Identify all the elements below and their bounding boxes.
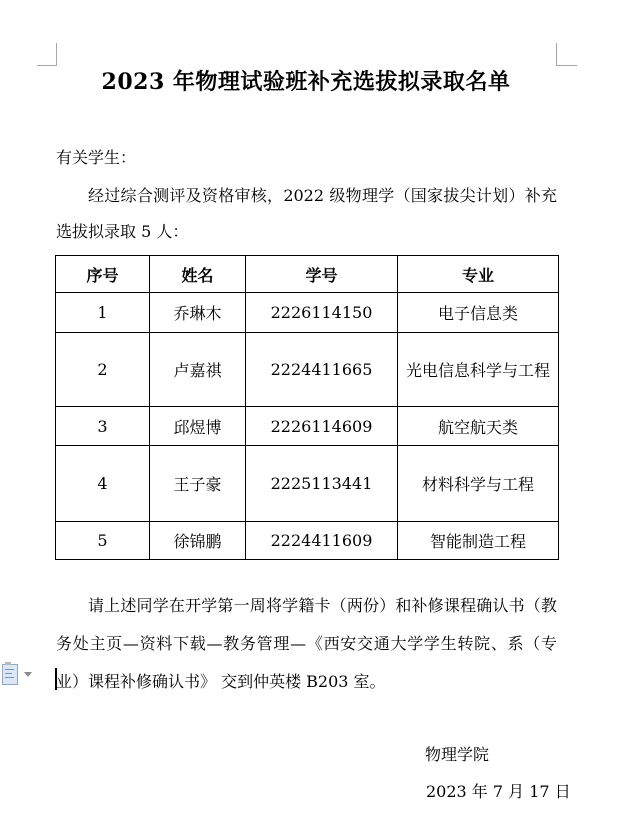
notice-paragraph-line-3: 业）课程补修确认书》 交到仲英楼 B203 室。	[56, 670, 557, 693]
cell-student-id: 2226114609	[246, 407, 398, 446]
table-header-row: 序号 姓名 学号 专业	[56, 256, 559, 293]
notice-paragraph-line-1: 请上述同学在开学第一周将学籍卡（两份）和补修课程确认书（教	[56, 594, 557, 617]
cell-major: 智能制造工程	[398, 522, 559, 560]
cell-student-id: 2224411609	[246, 522, 398, 560]
header-cell-student-id: 学号	[246, 256, 398, 293]
cell-no: 3	[56, 407, 150, 446]
header-cell-major: 专业	[398, 256, 559, 293]
cell-no: 4	[56, 446, 150, 522]
header-cell-name: 姓名	[150, 256, 246, 293]
table-row: 5 徐锦鹏 2224411609 智能制造工程	[56, 522, 559, 560]
document-page: 2023 年物理试验班补充选拔拟录取名单 有关学生： 经过综合测评及资格审核，2…	[0, 0, 628, 821]
cell-student-id: 2225113441	[246, 446, 398, 522]
cell-major: 电子信息类	[398, 293, 559, 333]
cell-name: 乔琳木	[150, 293, 246, 333]
cell-name: 卢嘉祺	[150, 333, 246, 407]
admission-roster-table: 序号 姓名 学号 专业 1 乔琳木 2226114150 电子信息类 2 卢嘉祺…	[55, 255, 559, 560]
cell-name: 邱煜博	[150, 407, 246, 446]
cell-no: 5	[56, 522, 150, 560]
margin-mark-top-left	[56, 43, 57, 66]
cell-no: 2	[56, 333, 150, 407]
intro-paragraph-line-2: 选拔拟录取 5 人：	[56, 220, 557, 243]
header-cell-no: 序号	[56, 256, 150, 293]
signature-text: 物理学院	[425, 743, 605, 766]
document-title: 2023 年物理试验班补充选拔拟录取名单	[56, 68, 556, 96]
cell-student-id: 2224411665	[246, 333, 398, 407]
margin-mark-top-right	[556, 65, 577, 66]
cell-major: 光电信息科学与工程	[398, 333, 559, 407]
table-row: 3 邱煜博 2226114609 航空航天类	[56, 407, 559, 446]
table-row: 4 王子豪 2225113441 材料科学与工程	[56, 446, 559, 522]
cell-major: 航空航天类	[398, 407, 559, 446]
intro-paragraph-line-1: 经过综合测评及资格审核，2022 级物理学（国家拔尖计划）补充	[56, 184, 557, 207]
text-cursor	[55, 668, 57, 690]
cell-name: 徐锦鹏	[150, 522, 246, 560]
notice-paragraph-line-2: 务处主页—资料下载—教务管理—《西安交通大学学生转院、系（专	[56, 632, 557, 655]
table-row: 2 卢嘉祺 2224411665 光电信息科学与工程	[56, 333, 559, 407]
paste-options-button[interactable]	[2, 662, 36, 688]
margin-mark-top-right	[556, 43, 557, 66]
paste-options-icon	[2, 664, 18, 685]
salutation-text: 有关学生：	[56, 146, 557, 169]
cell-major: 材料科学与工程	[398, 446, 559, 522]
margin-mark-top-left	[37, 65, 57, 66]
date-text: 2023 年 7 月 17 日	[426, 780, 606, 803]
cell-student-id: 2226114150	[246, 293, 398, 333]
cell-no: 1	[56, 293, 150, 333]
chevron-down-icon[interactable]	[24, 672, 32, 677]
cell-name: 王子豪	[150, 446, 246, 522]
table-row: 1 乔琳木 2226114150 电子信息类	[56, 293, 559, 333]
